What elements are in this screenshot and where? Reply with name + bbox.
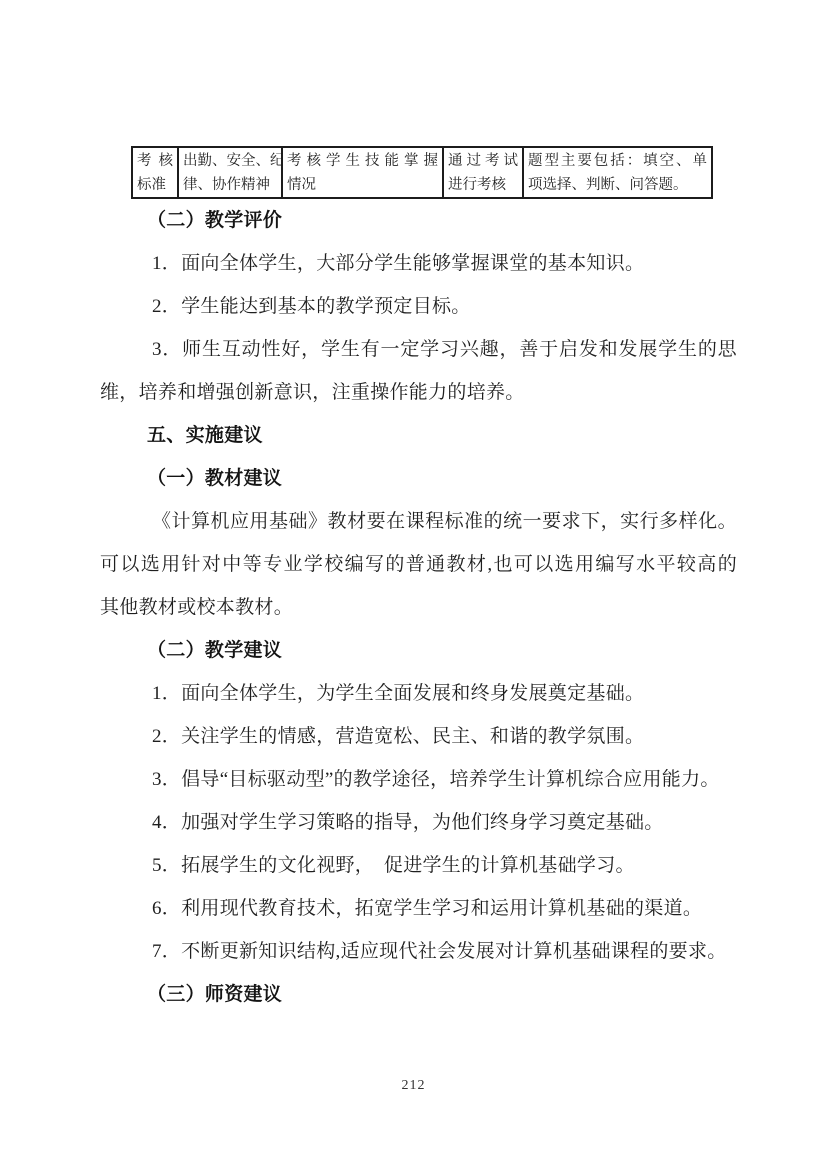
- table-cell-skill-assessment: 考核学生技能掌握 情况: [281, 148, 442, 197]
- heading-section2-teaching-evaluation: （二）教学评价: [100, 199, 737, 242]
- table-cell-assessment-criteria-label: 考核 标准: [133, 148, 177, 197]
- heading-chapter5-implementation-suggestions: 五、实施建议: [100, 414, 737, 457]
- table-cell-line: 考核: [137, 149, 173, 173]
- para-textbook-line-1: 《计算机应用基础》教材要在课程标准的统一要求下，实行多样化。: [100, 500, 737, 543]
- para-teaching-point-2: 2．关注学生的情感，营造宽松、民主、和谐的教学氛围。: [100, 715, 737, 758]
- heading-section3-teacher-suggestions: （三）师资建议: [100, 973, 737, 1016]
- document-body: （二）教学评价 1．面向全体学生，大部分学生能够掌握课堂的基本知识。 2．学生能…: [100, 199, 737, 1016]
- table-cell-line: 项选择、判断、问答题。: [528, 173, 707, 197]
- para-teaching-point-4: 4．加强对学生学习策略的指导，为他们终身学习奠定基础。: [100, 801, 737, 844]
- table-cell-line: 情况: [287, 173, 438, 197]
- heading-section1-textbook-suggestions: （一）教材建议: [100, 457, 737, 500]
- para-textbook-line-2: 可以选用针对中等专业学校编写的普通教材,也可以选用编写水平较高的: [100, 543, 737, 586]
- para-evaluation-point-2: 2．学生能达到基本的教学预定目标。: [100, 285, 737, 328]
- para-evaluation-point-3-line-2: 维，培养和增强创新意识，注重操作能力的培养。: [100, 371, 737, 414]
- table-cell-line: 出勤、安全、纪: [183, 149, 277, 173]
- para-textbook-line-3: 其他教材或校本教材。: [100, 586, 737, 629]
- table-cell-exam-method: 通过考试 进行考核: [442, 148, 522, 197]
- table-cell-line: 通过考试: [448, 149, 518, 173]
- table-cell-question-types: 题型主要包括：填空、单 项选择、判断、问答题。: [522, 148, 711, 197]
- para-teaching-point-3: 3．倡导“目标驱动型”的教学途径，培养学生计算机综合应用能力。: [100, 758, 737, 801]
- table-cell-line: 律、协作精神: [183, 173, 277, 197]
- table-cell-line: 进行考核: [448, 173, 518, 197]
- table-cell-line: 题型主要包括：填空、单: [528, 149, 707, 173]
- para-teaching-point-1: 1．面向全体学生，为学生全面发展和终身发展奠定基础。: [100, 672, 737, 715]
- para-evaluation-point-3-line-1: 3．师生互动性好，学生有一定学习兴趣，善于启发和发展学生的思: [100, 328, 737, 371]
- table-cell-attendance-criteria: 出勤、安全、纪 律、协作精神: [177, 148, 281, 197]
- para-teaching-point-7: 7．不断更新知识结构,适应现代社会发展对计算机基础课程的要求。: [100, 930, 737, 973]
- para-evaluation-point-1: 1．面向全体学生，大部分学生能够掌握课堂的基本知识。: [100, 242, 737, 285]
- page-number: 212: [0, 1078, 827, 1094]
- assessment-table: 考核 标准 出勤、安全、纪 律、协作精神 考核学生技能掌握 情况 通过考试 进行…: [131, 146, 713, 199]
- heading-section2-teaching-suggestions: （二）教学建议: [100, 629, 737, 672]
- table-cell-line: 考核学生技能掌握: [287, 149, 438, 173]
- para-teaching-point-6: 6．利用现代教育技术，拓宽学生学习和运用计算机基础的渠道。: [100, 887, 737, 930]
- table-cell-line: 标准: [137, 173, 173, 197]
- para-teaching-point-5: 5．拓展学生的文化视野， 促进学生的计算机基础学习。: [100, 844, 737, 887]
- document-page: 考核 标准 出勤、安全、纪 律、协作精神 考核学生技能掌握 情况 通过考试 进行…: [0, 0, 827, 1170]
